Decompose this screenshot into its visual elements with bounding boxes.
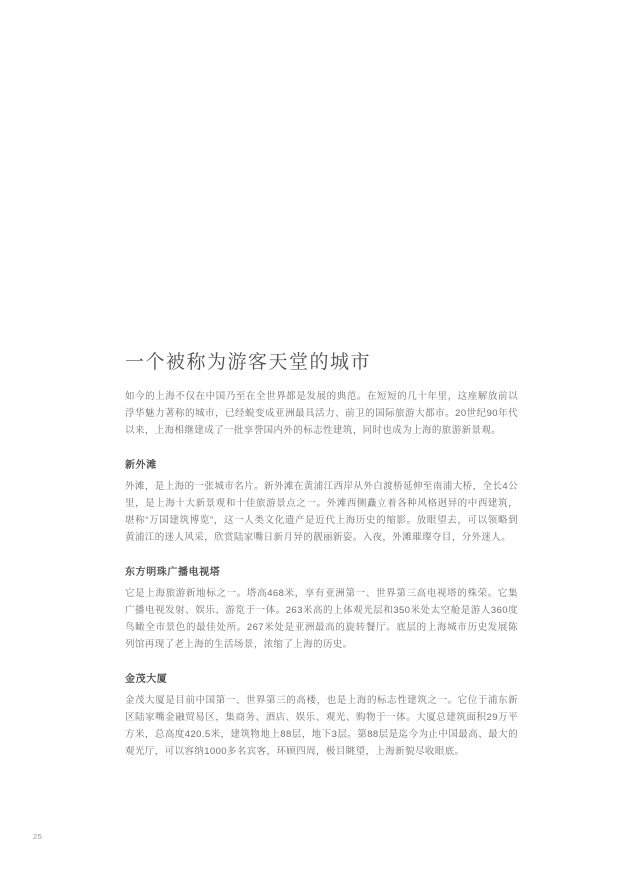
intro-paragraph: 如今的上海不仅在中国乃至在全世界都是发展的典范。在短短的几十年里，这座解放前以浮…: [125, 388, 518, 439]
section-body-new-bund: 外滩，是上海的一张城市名片。新外滩在黄浦江西岸从外白渡桥延伸至南浦大桥，全长4公…: [125, 478, 518, 546]
document-page: 一个被称为游客天堂的城市 如今的上海不仅在中国乃至在全世界都是发展的典范。在短短…: [0, 0, 640, 873]
page-number: 25: [33, 832, 42, 841]
section-heading-oriental-pearl-tower: 东方明珠广播电视塔: [125, 566, 518, 580]
section-heading-jinmao-tower: 金茂大厦: [125, 673, 518, 687]
page-title: 一个被称为游客天堂的城市: [125, 350, 518, 376]
section-body-jinmao-tower: 金茂大厦是目前中国第一、世界第三的高楼，也是上海的标志性建筑之一。它位于浦东新区…: [125, 692, 518, 760]
section-oriental-pearl-tower: 东方明珠广播电视塔 它是上海旅游新地标之一。塔高468米，享有亚洲第一、世界第三…: [125, 566, 518, 653]
section-body-oriental-pearl-tower: 它是上海旅游新地标之一。塔高468米，享有亚洲第一、世界第三高电视塔的殊荣。它集…: [125, 585, 518, 653]
section-jinmao-tower: 金茂大厦 金茂大厦是目前中国第一、世界第三的高楼，也是上海的标志性建筑之一。它位…: [125, 673, 518, 760]
section-heading-new-bund: 新外滩: [125, 459, 518, 473]
page-content: 一个被称为游客天堂的城市 如今的上海不仅在中国乃至在全世界都是发展的典范。在短短…: [125, 0, 518, 760]
section-new-bund: 新外滩 外滩，是上海的一张城市名片。新外滩在黄浦江西岸从外白渡桥延伸至南浦大桥，…: [125, 459, 518, 546]
